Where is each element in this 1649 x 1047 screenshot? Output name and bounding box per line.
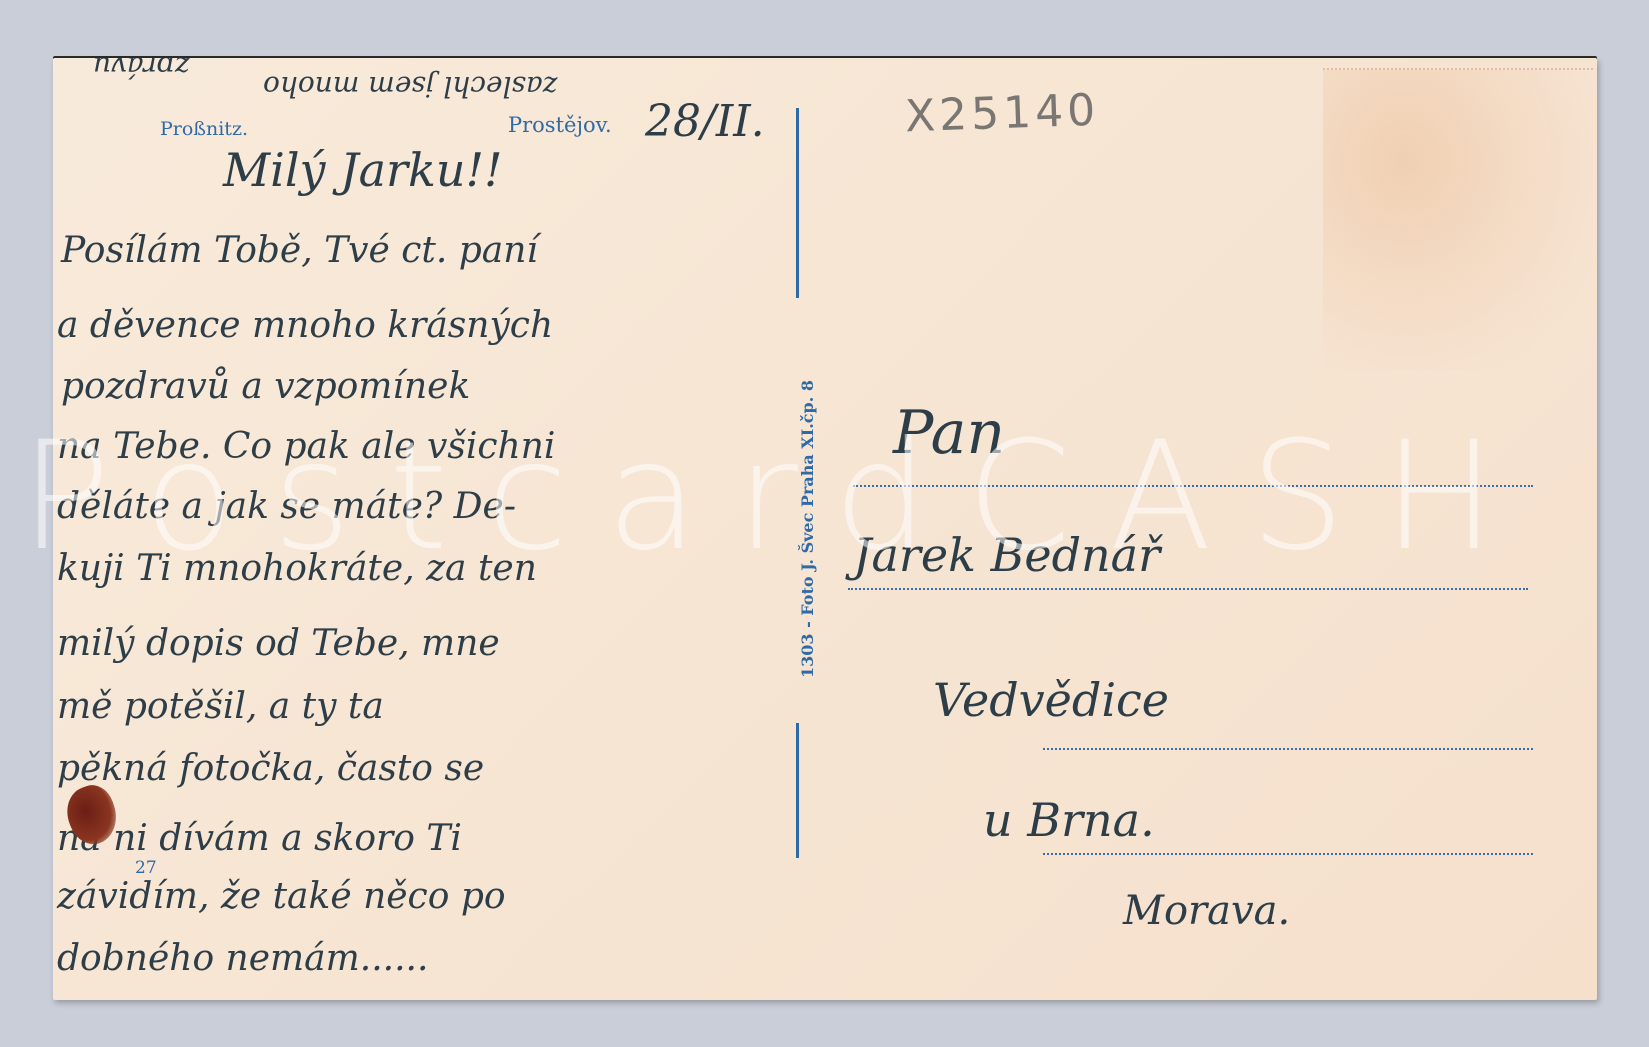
letter-line: děláte a jak se máte? De- — [57, 486, 516, 527]
address-town: Vedvědice — [933, 673, 1169, 727]
letter-line: dobného nemám...... — [57, 938, 428, 979]
letter-line: na Tebe. Co pak ale všichni — [57, 426, 555, 467]
printed-place-czech: Prostějov. — [508, 113, 612, 137]
handwritten-upside-down-note-1: zprávu — [93, 58, 190, 83]
letter-line: na ni dívám a skoro Ti — [57, 818, 462, 859]
address-name: Jarek Bednář — [853, 528, 1160, 582]
postcard-back: zprávu zaslechl jsem mnoho Proßnitz. Pro… — [53, 58, 1597, 1000]
letter-line: a děvence mnoho krásných — [57, 305, 553, 346]
printed-card-number: 27 — [135, 858, 157, 878]
letter-line: závidím, že také něco po — [57, 876, 506, 917]
letter-line: Posílám Tobě, Tvé ct. paní — [61, 230, 538, 271]
pencil-inventory-number: X25140 — [904, 85, 1100, 143]
stamp-placeholder-area — [1323, 68, 1593, 370]
address-line-4 — [1043, 853, 1533, 855]
divider-imprint: 1303 - Foto J. Švec Praha XI.čp. 8 — [798, 258, 817, 678]
letter-line: kuji Ti mnohokráte, za ten — [57, 548, 537, 589]
address-near: u Brna. — [983, 793, 1155, 847]
handwritten-date: 28/II. — [645, 96, 765, 147]
letter-line: pozdravů a vzpomínek — [61, 366, 470, 407]
address-line-2 — [848, 588, 1528, 590]
letter-line: mě potěšil, a ty ta — [57, 686, 384, 727]
address-region: Morava. — [1123, 888, 1290, 934]
letter-line: milý dopis od Tebe, mne — [57, 623, 500, 664]
address-salutation: Pan — [893, 398, 1005, 468]
address-line-1 — [853, 485, 1533, 487]
divider-line — [796, 723, 799, 858]
letter-greeting: Milý Jarku!! — [223, 143, 502, 197]
letter-line: pěkná fotočka, často se — [57, 748, 484, 789]
handwritten-upside-down-note-2: zaslechl jsem mnoho — [263, 70, 557, 103]
address-line-3 — [1043, 748, 1533, 750]
printed-place-german: Proßnitz. — [160, 118, 248, 140]
